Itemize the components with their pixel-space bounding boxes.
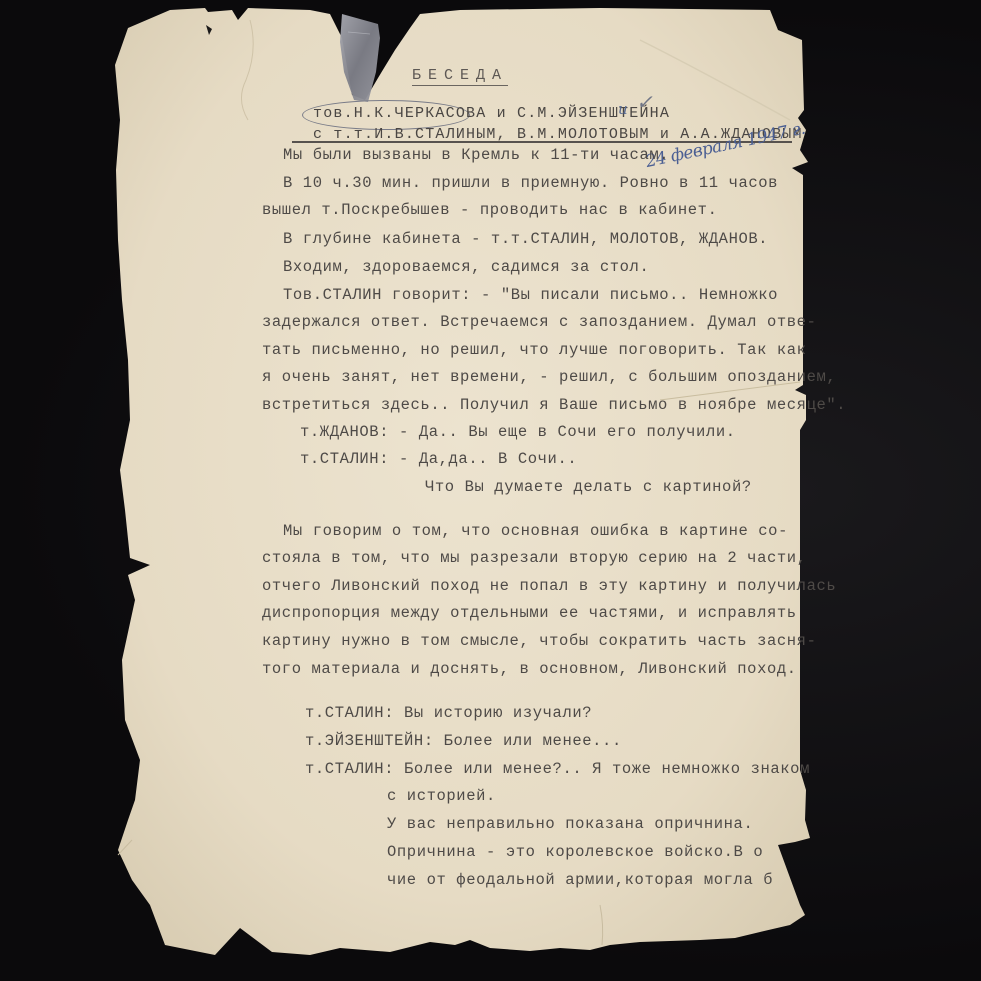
typed-line: т.ЭЙЗЕНШТЕЙН: Более или менее... [305, 734, 622, 750]
typed-line: У вас неправильно показана опричнина. [387, 817, 753, 833]
document-title: БЕСЕДА [412, 68, 508, 86]
typed-line: диспропорция между отдельными ее частями… [262, 606, 797, 622]
typed-line: В 10 ч.30 мин. пришли в приемную. Ровно … [283, 176, 778, 192]
typed-line: того материала и доснять, в основном, Ли… [262, 662, 797, 678]
typed-line: задержался ответ. Встречаемся с запоздан… [262, 315, 816, 331]
typed-line: Опричнина - это королевское войско.В о [387, 845, 763, 861]
typed-line: чие от феодальной армии,которая могла б [387, 873, 773, 889]
typed-line: В глубине кабинета - т.т.СТАЛИН, МОЛОТОВ… [283, 232, 768, 248]
typed-line: т.СТАЛИН: Более или менее?.. Я тоже немн… [305, 762, 810, 778]
typed-line: встретиться здесь.. Получил я Ваше письм… [262, 398, 846, 414]
handwritten-and-mark: и [618, 100, 628, 118]
typed-line: Входим, здороваемся, садимся за стол. [283, 260, 649, 276]
typed-line: с историей. [387, 789, 496, 805]
typed-line: Тов.СТАЛИН говорит: - "Вы писали письмо.… [283, 288, 778, 304]
typed-line: Мы говорим о том, что основная ошибка в … [283, 524, 788, 540]
typed-line: Что Вы думаете делать с картиной? [425, 480, 752, 496]
typed-line: отчего Ливонский поход не попал в эту ка… [262, 579, 836, 595]
typewritten-page: БЕСЕДА тов.Н.К.ЧЕРКАСОВА и С.М.ЭЙЗЕНШТЕЙ… [0, 0, 981, 981]
typed-line: вышел т.Поскребышев - проводить нас в ка… [262, 203, 717, 219]
typed-line: т.СТАЛИН: - Да,да.. В Сочи.. [300, 452, 577, 468]
heading-line-participants: тов.Н.К.ЧЕРКАСОВА и С.М.ЭЙЗЕНШТЕЙНА [313, 106, 670, 121]
adhesive-tape-piece [340, 12, 410, 112]
typed-line: тать письменно, но решил, что лучше пого… [262, 343, 807, 359]
typed-line: картину нужно в том смысле, чтобы сократ… [262, 634, 816, 650]
typed-line: т.СТАЛИН: Вы историю изучали? [305, 706, 592, 722]
typed-line: я очень занят, нет времени, - решил, с б… [262, 370, 836, 386]
typed-line: Мы были вызваны в Кремль к 11-ти часам. [283, 148, 669, 164]
pencil-check-mark: ✓ [636, 90, 653, 114]
typed-line: т.ЖДАНОВ: - Да.. Вы еще в Сочи его получ… [300, 425, 736, 441]
typed-line: стояла в том, что мы разрезали вторую се… [262, 551, 807, 567]
